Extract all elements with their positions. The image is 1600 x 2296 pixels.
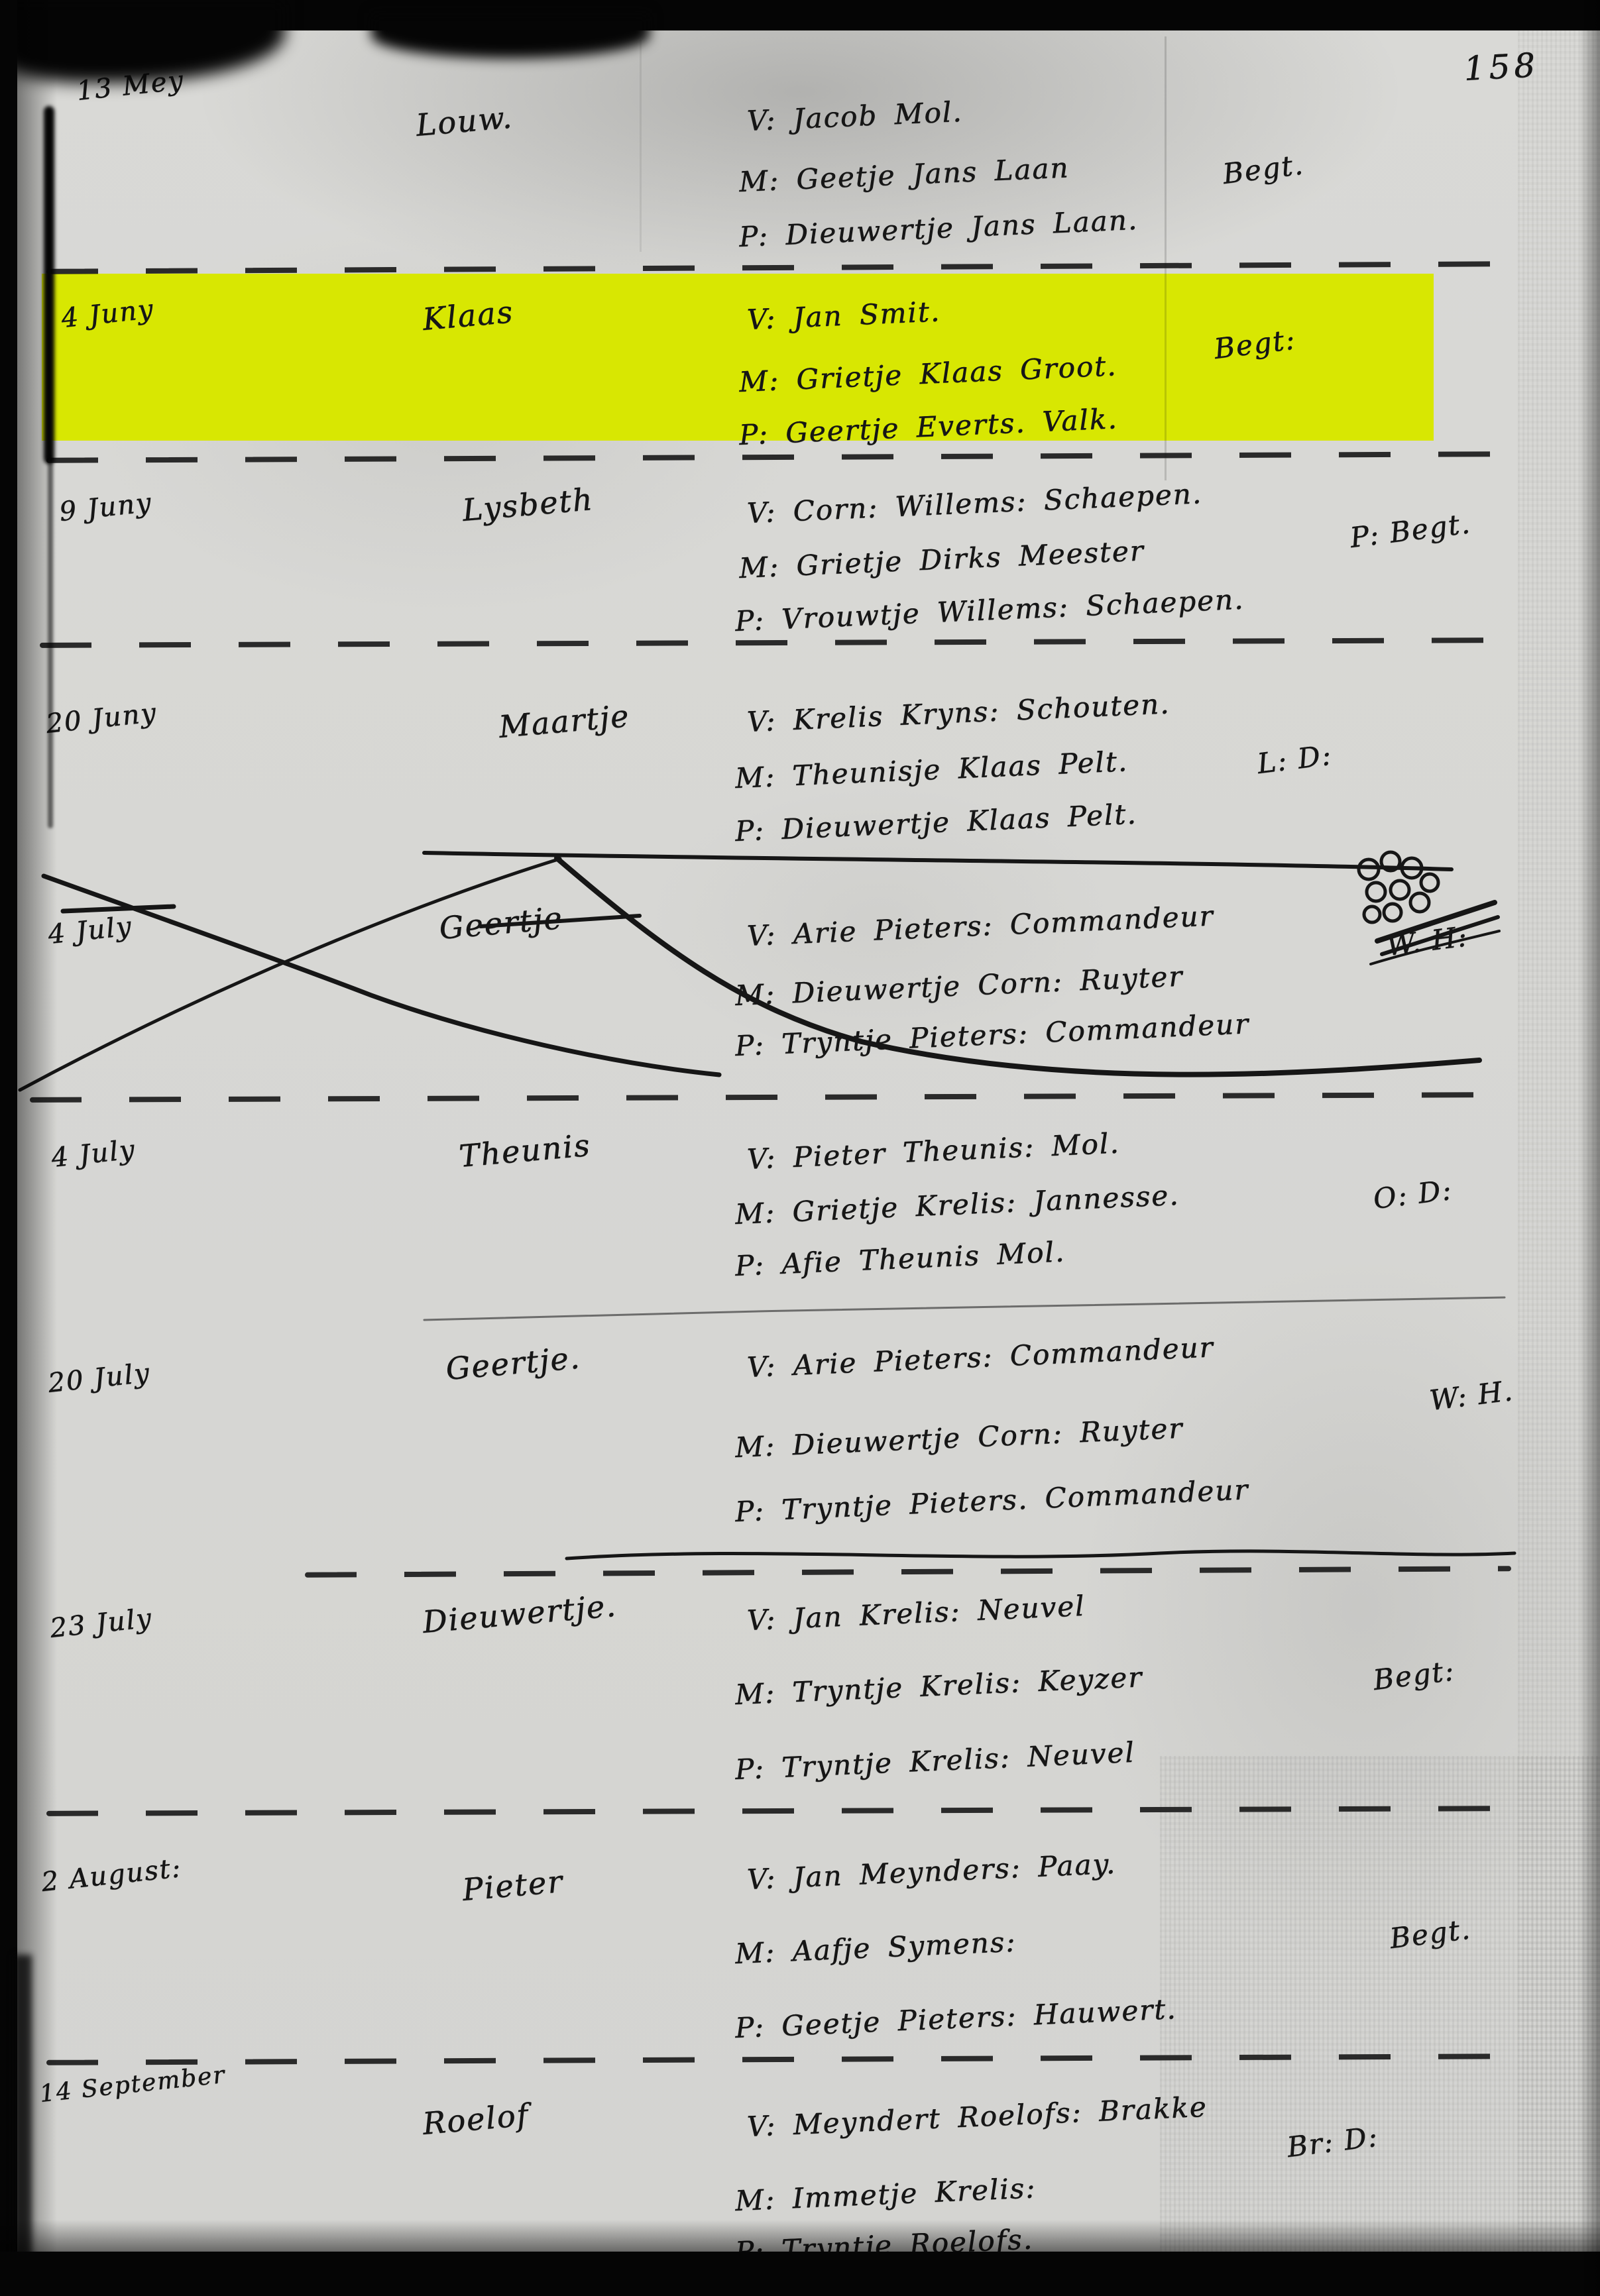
register-entry: 23 July Dieuwertje. V: Jan Krelis: Neuve… [0, 1600, 1600, 1812]
child-name: Louw. [414, 99, 514, 143]
entry-date: 20 Juny [44, 698, 158, 739]
mother-line: M: Grietje Krelis: Jannesse. [734, 1179, 1180, 1230]
remark: P: Begt. [1348, 507, 1473, 554]
witness-line: P: Geertje Everts. Valk. [738, 402, 1119, 451]
mother-line: M: Immetje Krelis: [734, 2171, 1037, 2217]
witness-line: P: Tryntje Pieters. Commandeur [734, 1473, 1249, 1528]
register-entry: 20 July Geertje. V: Arie Pieters: Comman… [0, 1348, 1600, 1560]
child-name: Dieuwertje. [421, 1588, 618, 1640]
witness-line: P: Afie Theunis Mol. [734, 1235, 1066, 1282]
witness-line: P: Dieuwertje Klaas Pelt. [734, 798, 1138, 847]
register-entry: 13 Mey Louw. V: Jacob Mol. M: Geetje Jan… [0, 73, 1600, 265]
remark: Br: D: [1285, 2120, 1380, 2163]
child-name: Lysbeth [461, 481, 595, 528]
remark: Begt. [1221, 148, 1306, 190]
register-entry-struck: 4 July Geertje V: Arie Pieters: Commande… [0, 901, 1600, 1100]
remark-struck: W. H: [1385, 920, 1469, 962]
witness-line: P: Dieuwertje Jans Laan. [738, 203, 1139, 253]
child-name: Pieter [461, 1863, 565, 1908]
mother-line: M: Aafje Symens: [734, 1926, 1017, 1970]
remark: Begt: [1212, 323, 1298, 365]
mother-line: M: Geetje Jans Laan [738, 151, 1070, 198]
fold-crease [1165, 36, 1167, 480]
father-line: V: Jacob Mol. [746, 95, 963, 137]
remark: O: D: [1371, 1174, 1454, 1215]
entry-date: 4 July [46, 911, 133, 950]
register-entry: 2 August: Pieter V: Jan Meynders: Paay. … [0, 1855, 1600, 2067]
mother-line: M: Dieuwertje Corn: Ruyter [734, 960, 1184, 1012]
row-separator [305, 1566, 1511, 1578]
remark: Begt: [1371, 1654, 1457, 1696]
father-line: V: Arie Pieters: Commandeur [746, 1331, 1215, 1384]
witness-line: P: Geetje Pieters: Hauwert. [734, 1993, 1177, 2044]
child-name: Geertje. [444, 1339, 582, 1387]
register-entry: 4 July Theunis V: Pieter Theunis: Mol. M… [0, 1126, 1600, 1319]
father-line: V: Corn: Willems: Schaepen. [746, 477, 1203, 529]
remark: W: H. [1428, 1374, 1515, 1417]
remark: Begt. [1388, 1912, 1473, 1955]
witness-line: P: Vrouwtje Willems: Schaepen. [734, 583, 1245, 637]
entry-date: 14 September [38, 2061, 227, 2108]
spine-shadow-line [48, 457, 53, 828]
child-name: Klaas [421, 294, 515, 337]
page-edge-left [0, 0, 17, 2296]
mother-line: M: Dieuwertje Corn: Ruyter [734, 1412, 1184, 1464]
page-edge-bottom-shade [0, 2220, 1600, 2252]
child-name: Geertje [437, 900, 564, 946]
entry-date: 4 July [50, 1134, 137, 1174]
child-name: Theunis [457, 1127, 592, 1174]
child-name: Roelof [421, 2097, 530, 2142]
entry-date: 4 Juny [60, 294, 155, 334]
father-line: V: Arie Pieters: Commandeur [746, 899, 1215, 952]
register-entry-highlighted: 4 Juny Klaas V: Jan Smit. M: Grietje Kla… [0, 292, 1600, 464]
entry-date: 9 Juny [58, 488, 153, 527]
father-line: V: Meyndert Roelofs: Brakke [746, 2091, 1208, 2143]
entry-date: 20 July [46, 1358, 152, 1399]
entry-date: 23 July [48, 1603, 154, 1644]
entry-date: 2 August: [40, 1853, 183, 1898]
register-entry: 20 Juny Maartje V: Krelis Kryns: Schoute… [0, 696, 1600, 888]
page-edge-right-shade [1579, 0, 1600, 2296]
mother-line: M: Tryntje Krelis: Keyzer [734, 1661, 1143, 1711]
father-line: V: Krelis Kryns: Schouten. [746, 687, 1171, 738]
register-page: 1810. 158 13 Mey Louw. V: Jacob Mol. M: … [0, 0, 1600, 2296]
remark: L: D: [1255, 739, 1334, 780]
father-line: V: Jan Smit. [746, 295, 941, 336]
page-edge-bottom [0, 2252, 1600, 2296]
mother-line: M: Grietje Dirks Meester [738, 534, 1145, 584]
fold-crease [640, 40, 642, 252]
child-name: Maartje [497, 698, 631, 745]
father-line: V: Jan Krelis: Neuvel [746, 1590, 1086, 1637]
father-line: V: Jan Meynders: Paay. [746, 1847, 1117, 1896]
father-line: V: Pieter Theunis: Mol. [746, 1126, 1121, 1175]
mother-line: M: Theunisje Klaas Pelt. [734, 745, 1129, 794]
witness-line: P: Tryntje Krelis: Neuvel [734, 1736, 1136, 1786]
mother-line: M: Grietje Klaas Groot. [738, 349, 1117, 398]
page-edge-top-blob [371, 13, 650, 58]
witness-line: P: Tryntje Pieters: Commandeur [734, 1007, 1250, 1062]
spine-shadow-line [44, 106, 54, 464]
